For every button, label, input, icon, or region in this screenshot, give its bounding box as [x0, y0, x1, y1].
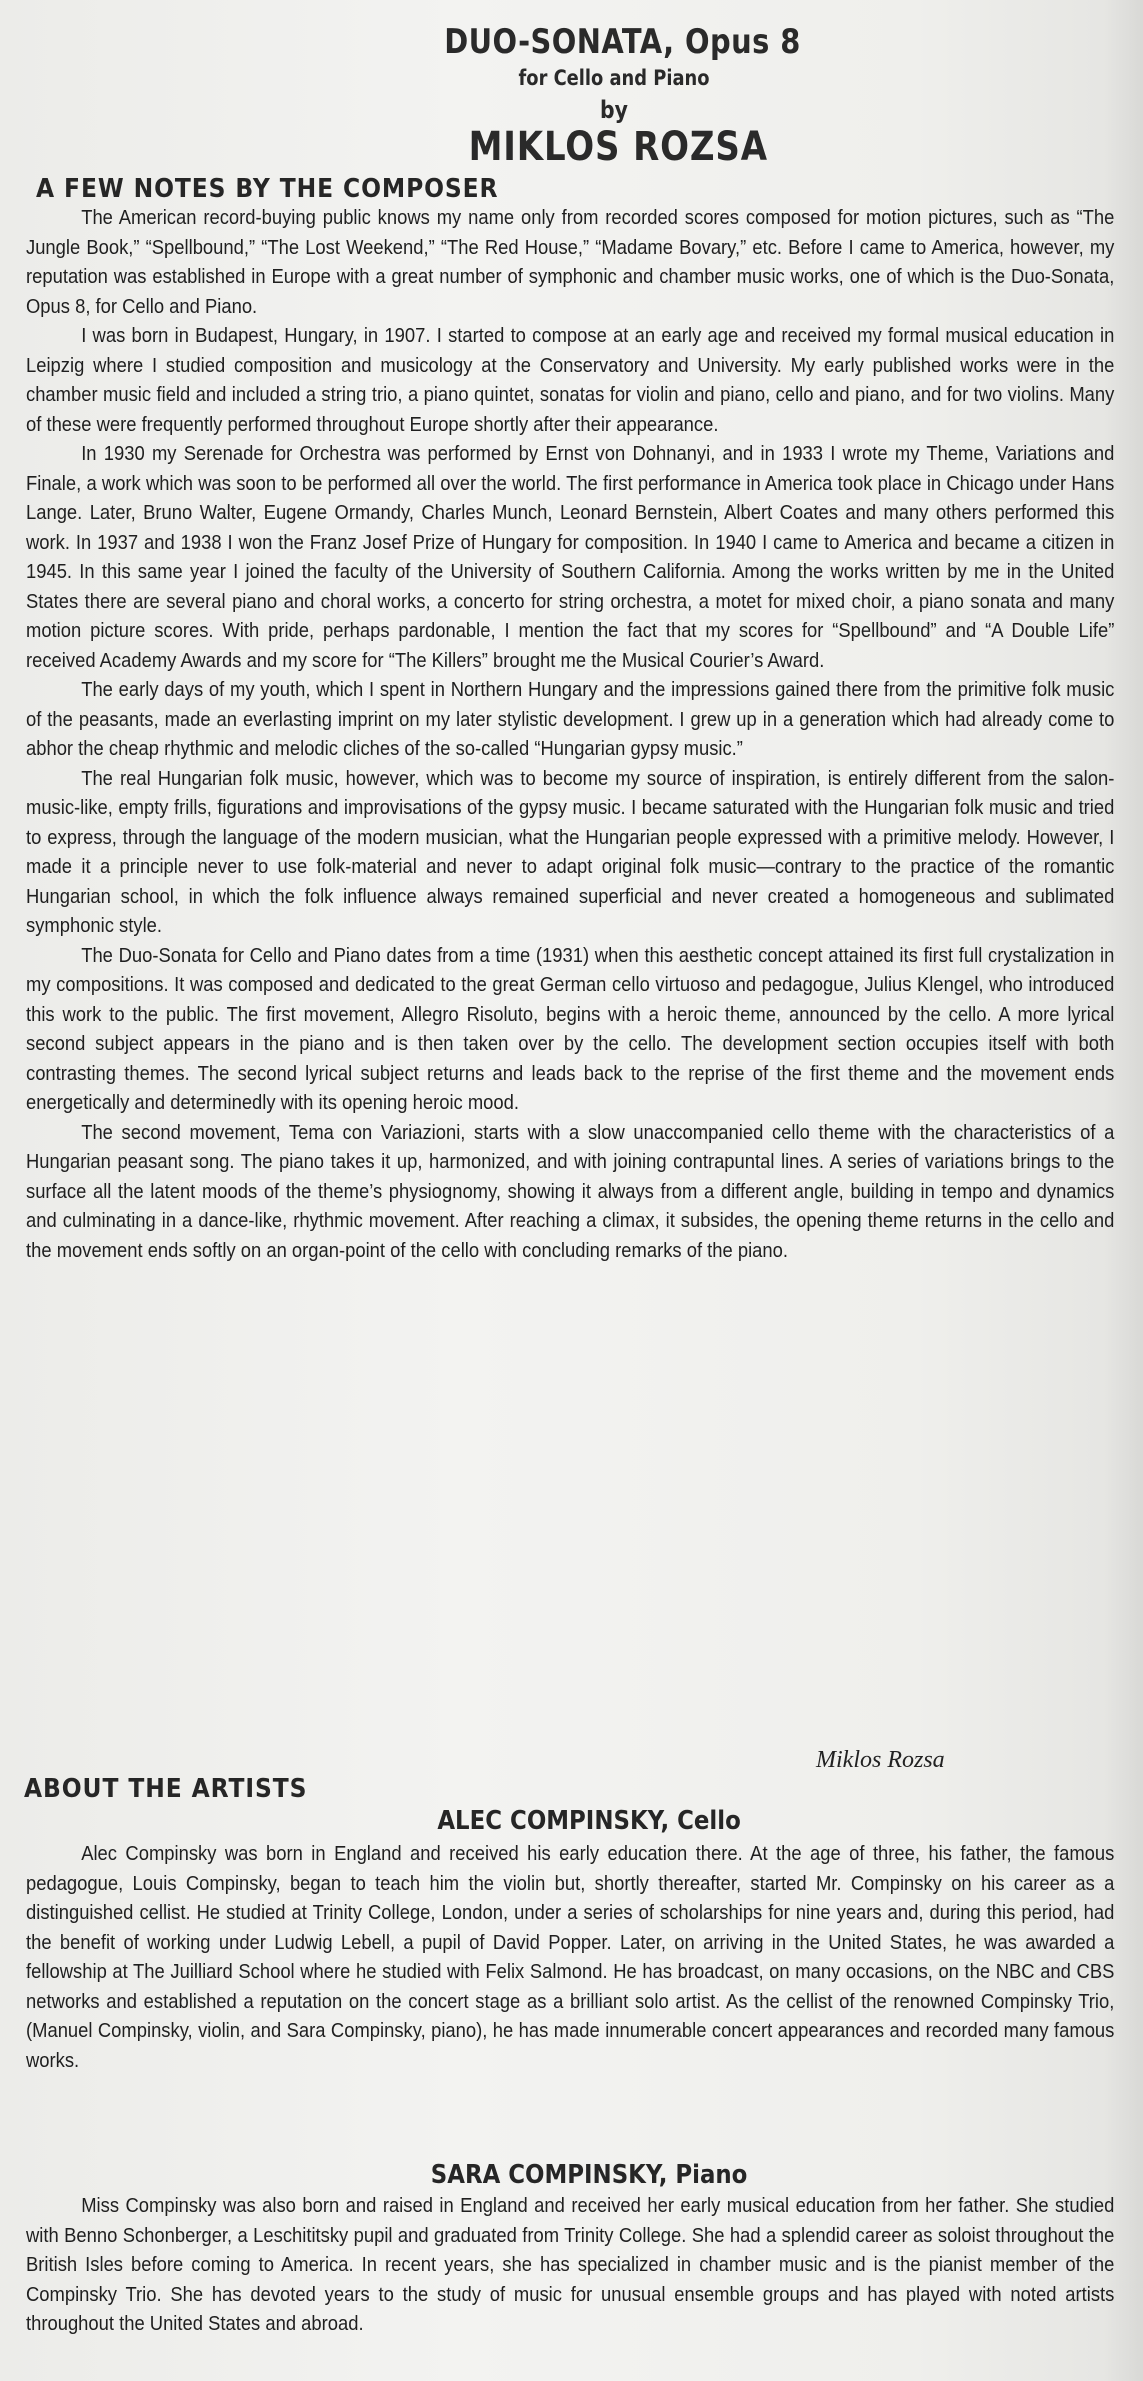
artists-heading: ABOUT THE ARTISTS	[24, 1774, 307, 1804]
paragraph: I was born in Budapest, Hungary, in 1907…	[26, 322, 1114, 440]
paragraph: The second movement, Tema con Variazioni…	[26, 1119, 1114, 1267]
paragraph: In 1930 my Serenade for Orchestra was pe…	[26, 440, 1114, 676]
paragraph: The American record-buying public knows …	[26, 204, 1114, 322]
artist-bio-piano: Miss Compinsky was also born and raised …	[26, 2192, 1114, 2340]
liner-notes-page: DUO-SONATA, Opus 8 for Cello and Piano b…	[0, 0, 1143, 2381]
artist-bio-cello: Alec Compinsky was born in England and r…	[26, 1840, 1114, 2076]
by-line: by	[86, 96, 1058, 124]
paragraph: The early days of my youth, which I spen…	[26, 676, 1114, 765]
composer-notes-body: The American record-buying public knows …	[26, 204, 1114, 1266]
composer-signature: Miklos Rozsa	[816, 1747, 945, 1774]
paragraph: The Duo-Sonata for Cello and Piano dates…	[26, 942, 1114, 1119]
page-edge-shadow	[1103, 0, 1143, 2381]
work-title: DUO-SONATA, Opus 8	[86, 22, 1058, 62]
artist-name-cello: ALEC COMPINSKY, Cello	[69, 1806, 1075, 1836]
composer-notes-heading: A FEW NOTES BY THE COMPOSER	[36, 174, 498, 204]
work-subtitle: for Cello and Piano	[86, 66, 1058, 90]
composer-name: MIKLOS ROZSA	[86, 124, 1058, 170]
artist-name-piano: SARA COMPINSKY, Piano	[69, 2160, 1075, 2190]
paragraph: The real Hungarian folk music, however, …	[26, 765, 1114, 942]
paragraph: Miss Compinsky was also born and raised …	[26, 2192, 1114, 2340]
paragraph: Alec Compinsky was born in England and r…	[26, 1840, 1114, 2076]
